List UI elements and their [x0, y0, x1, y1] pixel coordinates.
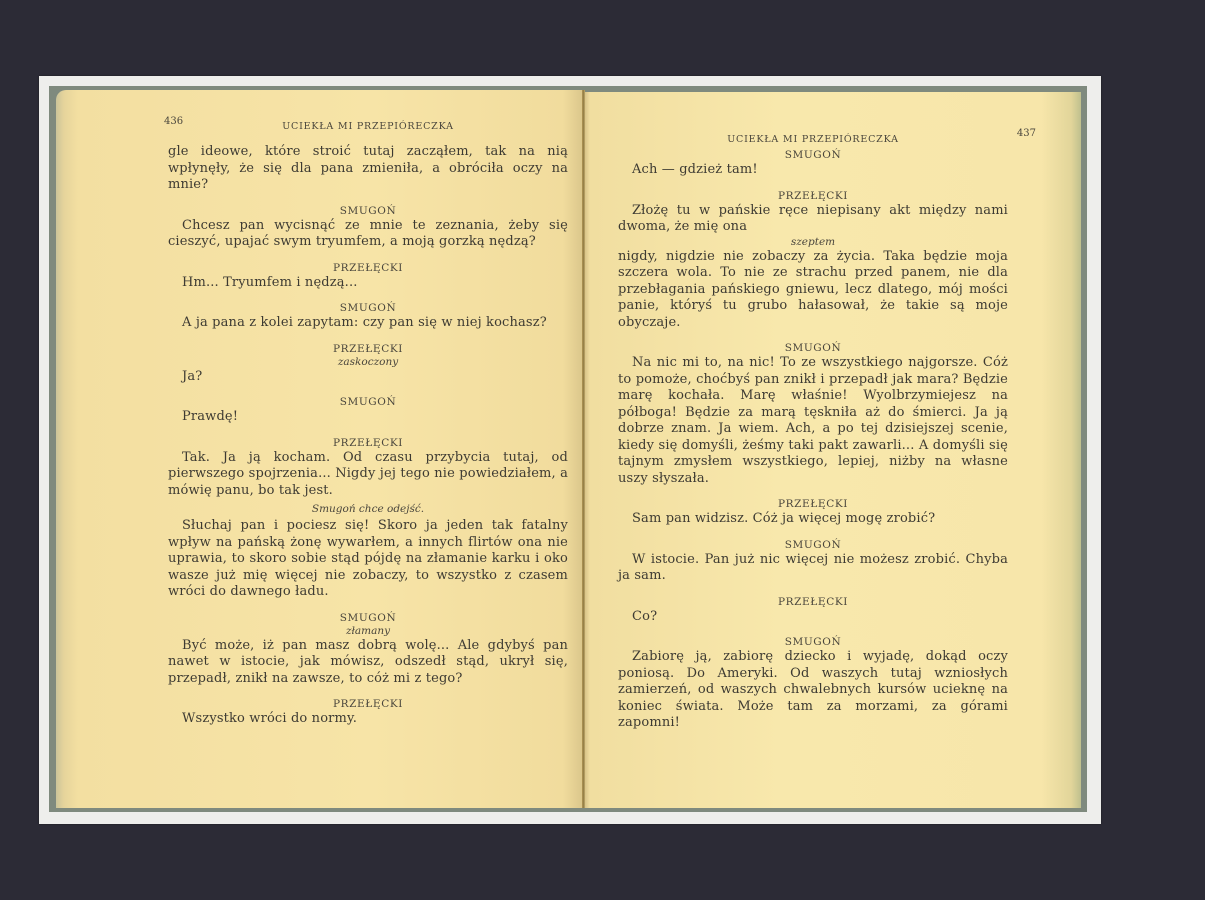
speaker-name: PRZEŁĘCKI: [168, 261, 568, 275]
stage-direction: Smugoń chce odejść.: [168, 503, 568, 516]
dialogue-line: Słuchaj pan i pociesz się! Skoro ja jede…: [168, 518, 568, 601]
dialogue-line: Złożę tu w pańskie ręce niepisany akt mi…: [618, 203, 1008, 236]
stage-direction: szeptem: [618, 236, 1008, 249]
speaker-name: SMUGOŃ: [618, 635, 1008, 649]
dialogue-line: Zabiorę ją, zabiorę dziecko i wyjadę, do…: [618, 649, 1008, 732]
dialogue-line: Na nic mi to, na nic! To ze wszystkiego …: [618, 355, 1008, 487]
dialogue-line: Hm... Tryumfem i nędzą...: [168, 275, 568, 292]
right-page-body: SMUGOŃAch — gdzież tam!PRZEŁĘCKIZłożę tu…: [618, 148, 1008, 732]
speaker-name: SMUGOŃ: [168, 611, 568, 625]
speaker-name: SMUGOŃ: [618, 341, 1008, 355]
dialogue-line: Ach — gdzież tam!: [618, 162, 1008, 179]
book-gutter: [582, 90, 585, 808]
right-page-number: 437: [1017, 128, 1036, 139]
left-page: 436 UCIEKŁA MI PRZEPIÓRECZKA gle ideowe,…: [56, 90, 584, 808]
dialogue-line: W istocie. Pan już nic więcej nie możesz…: [618, 552, 1008, 585]
speaker-name: PRZEŁĘCKI: [168, 697, 568, 711]
right-page: UCIEKŁA MI PRZEPIÓRECZKA 437 SMUGOŃAch —…: [584, 92, 1081, 808]
right-page-content: UCIEKŁA MI PRZEPIÓRECZKA 437 SMUGOŃAch —…: [618, 122, 1008, 732]
speaker-name: PRZEŁĘCKI: [168, 342, 568, 356]
speaker-name: PRZEŁĘCKI: [618, 189, 1008, 203]
speaker-name: SMUGOŃ: [618, 148, 1008, 162]
speaker-name: PRZEŁĘCKI: [618, 595, 1008, 609]
dialogue-line: A ja pana z kolei zapytam: czy pan się w…: [168, 315, 568, 332]
right-running-head: UCIEKŁA MI PRZEPIÓRECZKA 437: [618, 122, 1008, 142]
dialogue-line: Tak. Ja ją kocham. Od czasu przybycia tu…: [168, 450, 568, 500]
left-running-title: UCIEKŁA MI PRZEPIÓRECZKA: [168, 121, 568, 132]
speaker-name: PRZEŁĘCKI: [168, 436, 568, 450]
left-page-body: gle ideowe, które stroić tutaj zacząłem,…: [168, 144, 568, 728]
speaker-name: SMUGOŃ: [168, 301, 568, 315]
speaker-name: PRZEŁĘCKI: [618, 497, 1008, 511]
dialogue-line: Ja?: [168, 369, 568, 386]
left-running-head: 436 UCIEKŁA MI PRZEPIÓRECZKA: [168, 116, 568, 136]
dialogue-line: Być może, iż pan masz dobrą wolę... Ale …: [168, 638, 568, 688]
dialogue-line: gle ideowe, które stroić tutaj zacząłem,…: [168, 144, 568, 194]
dialogue-line: nigdy, nigdzie nie zobaczy za życia. Tak…: [618, 249, 1008, 332]
stage-direction: zaskoczony: [168, 356, 568, 369]
dialogue-line: Wszystko wróci do normy.: [168, 711, 568, 728]
left-page-content: 436 UCIEKŁA MI PRZEPIÓRECZKA gle ideowe,…: [168, 116, 568, 728]
right-running-title: UCIEKŁA MI PRZEPIÓRECZKA: [618, 134, 1008, 145]
dialogue-line: Chcesz pan wycisnąć ze mnie te zeznania,…: [168, 218, 568, 251]
stage-direction: złamany: [168, 625, 568, 638]
speaker-name: SMUGOŃ: [168, 204, 568, 218]
dialogue-line: Sam pan widzisz. Cóż ja więcej mogę zrob…: [618, 511, 1008, 528]
speaker-name: SMUGOŃ: [168, 395, 568, 409]
dialogue-line: Co?: [618, 609, 1008, 626]
speaker-name: SMUGOŃ: [618, 538, 1008, 552]
dialogue-line: Prawdę!: [168, 409, 568, 426]
